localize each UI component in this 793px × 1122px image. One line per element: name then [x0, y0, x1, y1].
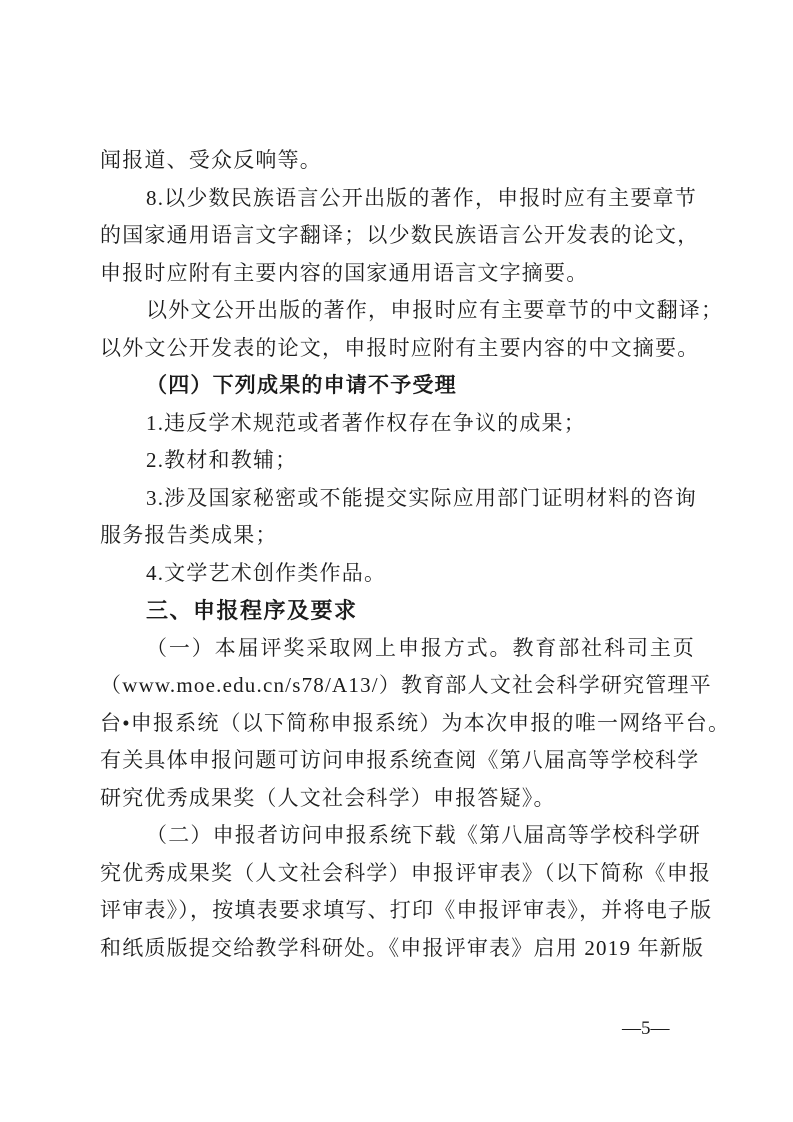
- heading-line: 三、申报程序及要求: [100, 592, 695, 630]
- text-line: 以外文公开出版的著作，申报时应有主要章节的中文翻译；: [100, 292, 695, 330]
- text-line: 3.涉及国家秘密或不能提交实际应用部门证明材料的咨询: [100, 480, 695, 518]
- text-line: 以外文公开发表的论文，申报时应附有主要内容的中文摘要。: [100, 330, 695, 368]
- text-line: （一）本届评奖采取网上申报方式。教育部社科司主页: [100, 630, 695, 668]
- heading-line: （四）下列成果的申请不予受理: [100, 367, 695, 405]
- text-line: 4.文学艺术创作类作品。: [100, 555, 695, 593]
- text-line: 评审表》），按填表要求填写、打印《申报评审表》，并将电子版: [100, 892, 695, 930]
- text-line: 服务报告类成果；: [100, 517, 695, 555]
- text-line: 申报时应附有主要内容的国家通用语言文字摘要。: [100, 255, 695, 293]
- text-line: 的国家通用语言文字翻译；以少数民族语言公开发表的论文，: [100, 217, 695, 255]
- page-number: —5—: [622, 1014, 670, 1044]
- text-line: 8.以少数民族语言公开出版的著作，申报时应有主要章节: [100, 180, 695, 218]
- text-line: （二）申报者访问申报系统下载《第八届高等学校科学研: [100, 817, 695, 855]
- text-line: 究优秀成果奖（人文社会科学）申报评审表》（以下简称《申报: [100, 855, 695, 893]
- text-line: 1.违反学术规范或者著作权存在争议的成果；: [100, 405, 695, 443]
- text-line: 和纸质版提交给教学科研处。《申报评审表》启用 2019 年新版: [100, 930, 695, 968]
- text-line: 闻报道、受众反响等。: [100, 142, 695, 180]
- text-line: 研究优秀成果奖（人文社会科学）申报答疑》。: [100, 780, 695, 818]
- text-line: 有关具体申报问题可访问申报系统查阅《第八届高等学校科学: [100, 742, 695, 780]
- text-block: 闻报道、受众反响等。8.以少数民族语言公开出版的著作，申报时应有主要章节的国家通…: [100, 142, 695, 967]
- text-line: 台•申报系统（以下简称申报系统）为本次申报的唯一网络平台。: [100, 705, 695, 743]
- document-page: 闻报道、受众反响等。8.以少数民族语言公开出版的著作，申报时应有主要章节的国家通…: [0, 0, 793, 1122]
- text-line: 2.教材和教辅；: [100, 442, 695, 480]
- text-line: （www.moe.edu.cn/s78/A13/）教育部人文社会科学研究管理平: [100, 667, 695, 705]
